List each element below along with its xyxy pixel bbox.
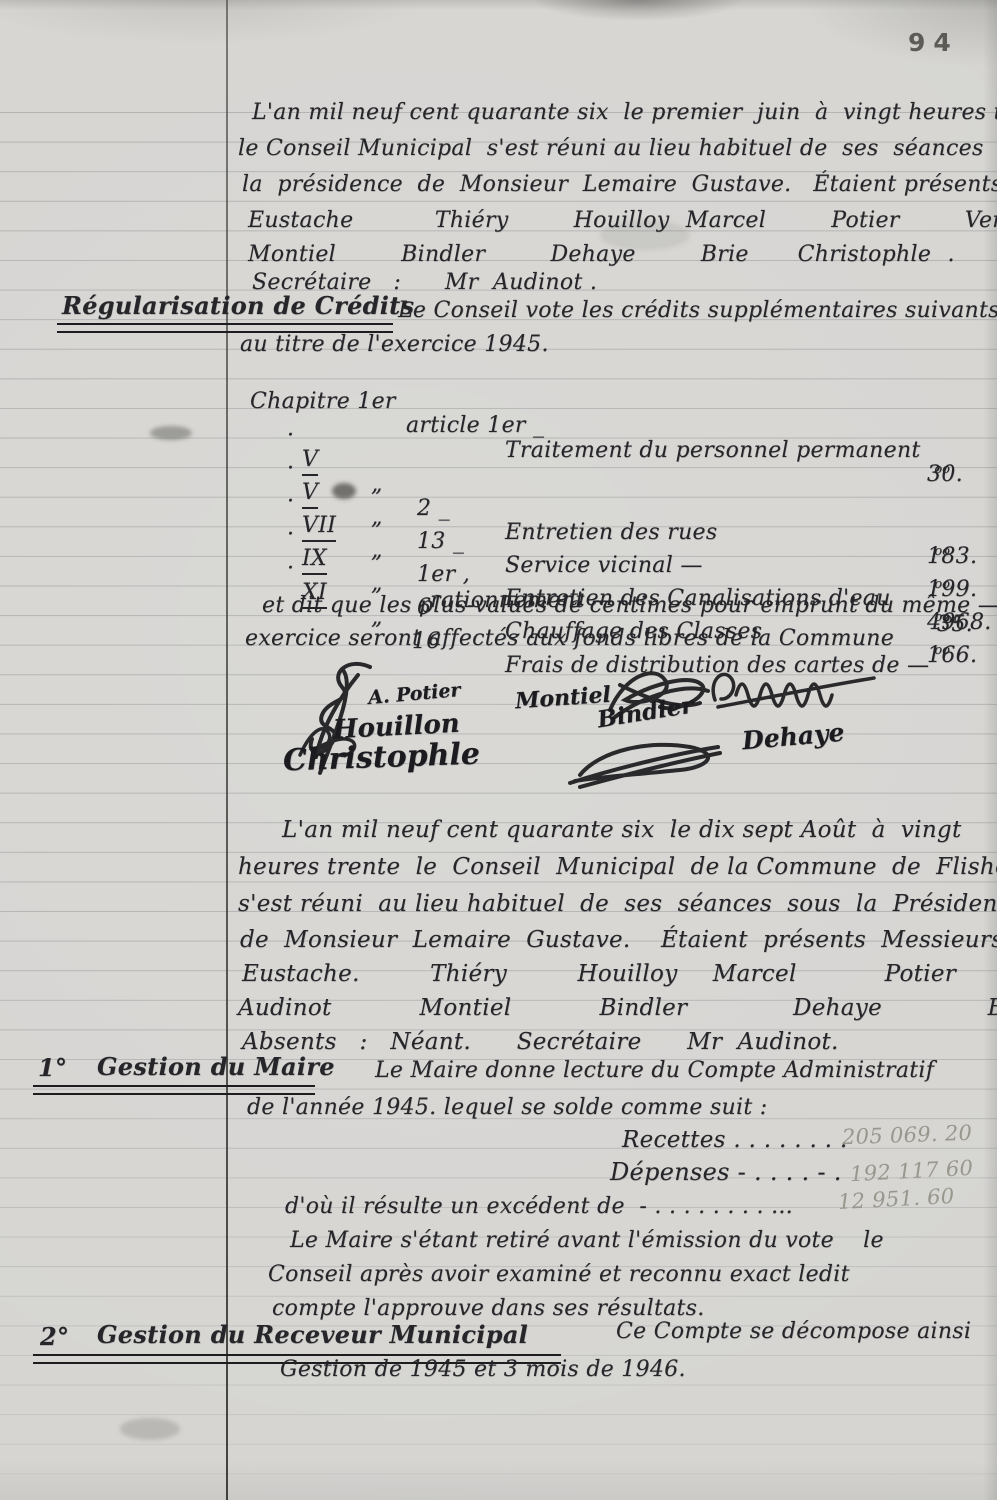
section-body-line: au titre de l'exercice 1945. xyxy=(240,333,549,357)
signature-loops-icon xyxy=(713,674,874,707)
recettes-label: Recettes . . . . . . . . xyxy=(622,1128,848,1153)
attendees-line: Eustache Thiéry Houilloy Marcel Potier V… xyxy=(248,209,997,233)
section-body-line: Le Conseil vote les crédits supplémentai… xyxy=(398,299,997,323)
depenses-label: Dépenses - . . . . - . xyxy=(610,1159,842,1185)
credit-row: · IX „ 6 Chauffage des Classes 166. oo xyxy=(0,499,997,529)
minutes-line: la présidence de Monsieur Lemaire Gustav… xyxy=(242,173,997,197)
signature-christophle: Christophle xyxy=(282,737,480,779)
register-page: 94 L'an mil neuf cent quarante six le pr… xyxy=(0,0,997,1500)
minutes-line: le Conseil Municipal s'est réuni au lieu… xyxy=(238,137,997,161)
margin-line xyxy=(226,0,228,1500)
signature-crossed-scribble-icon xyxy=(570,745,720,787)
credit-row: · V „ 2 _ Entretien des rues 183. oo xyxy=(0,400,997,430)
page-number-stamp: 94 xyxy=(908,28,959,57)
recettes-value: 205 069. 20 xyxy=(842,1122,973,1150)
section-number: 2° xyxy=(40,1324,69,1350)
note-line: et dit que les plus-values de centimes p… xyxy=(262,594,997,618)
credit-row: Chapitre 1er article 1er _ Traitement du… xyxy=(0,366,997,396)
credit-row: · VII „ 1er , Entretien des Canalisation… xyxy=(0,466,997,496)
section-body-line: Ce Compte se décompose ainsi xyxy=(616,1320,971,1344)
attendees-line: Audinot Montiel Bindler Dehaye Brie Chri… xyxy=(238,996,997,1021)
section-body-line: Gestion de 1945 et 3 mois de 1946. xyxy=(280,1358,686,1382)
credit-row: · V „ 13 _ Service vicinal — 199. oo xyxy=(0,433,997,463)
section-title-gestion-receveur: Gestion du Receveur Municipal xyxy=(97,1322,528,1348)
note-line: exercice seront affectés aux fonds libre… xyxy=(245,627,894,651)
closing-line: compte l'approuve dans ses résultats. xyxy=(272,1297,705,1321)
minutes-line: L'an mil neuf cent quarante six le premi… xyxy=(252,101,997,125)
section-title-regularisation: Régularisation de Crédits xyxy=(62,293,414,319)
closing-line: Conseil après avoir examiné et reconnu e… xyxy=(268,1263,850,1287)
minutes-line: heures trente le Conseil Municipal de la… xyxy=(238,855,997,880)
section-body-line: Le Maire donne lecture du Compte Adminis… xyxy=(375,1059,934,1083)
section-body-line: de l'année 1945. lequel se solde comme s… xyxy=(247,1096,768,1120)
excedent-line: d'où il résulte un excédent de - . . . .… xyxy=(285,1195,793,1219)
attendees-line: Montiel Bindler Dehaye Brie Christophle … xyxy=(248,243,997,267)
minutes-line: s'est réuni au lieu habituel de ses séan… xyxy=(238,892,997,917)
section-title-gestion-maire: Gestion du Maire xyxy=(97,1054,335,1080)
minutes-line: de Monsieur Lemaire Gustave. Étaient pré… xyxy=(240,928,997,953)
credit-row: · XI „ 16 Frais de distribution des cart… xyxy=(0,533,997,563)
attendees-line: Eustache. Thiéry Houilloy Marcel Potier … xyxy=(242,962,997,987)
closing-line: Le Maire s'étant retiré avant l'émission… xyxy=(290,1229,884,1253)
title-underline xyxy=(33,1085,315,1095)
minutes-line: L'an mil neuf cent quarante six le dix s… xyxy=(282,818,962,843)
section-number: 1° xyxy=(38,1055,67,1081)
paper-smudge xyxy=(120,1418,180,1440)
credit-row-continuation: rationnement — 35. oo xyxy=(0,565,997,595)
